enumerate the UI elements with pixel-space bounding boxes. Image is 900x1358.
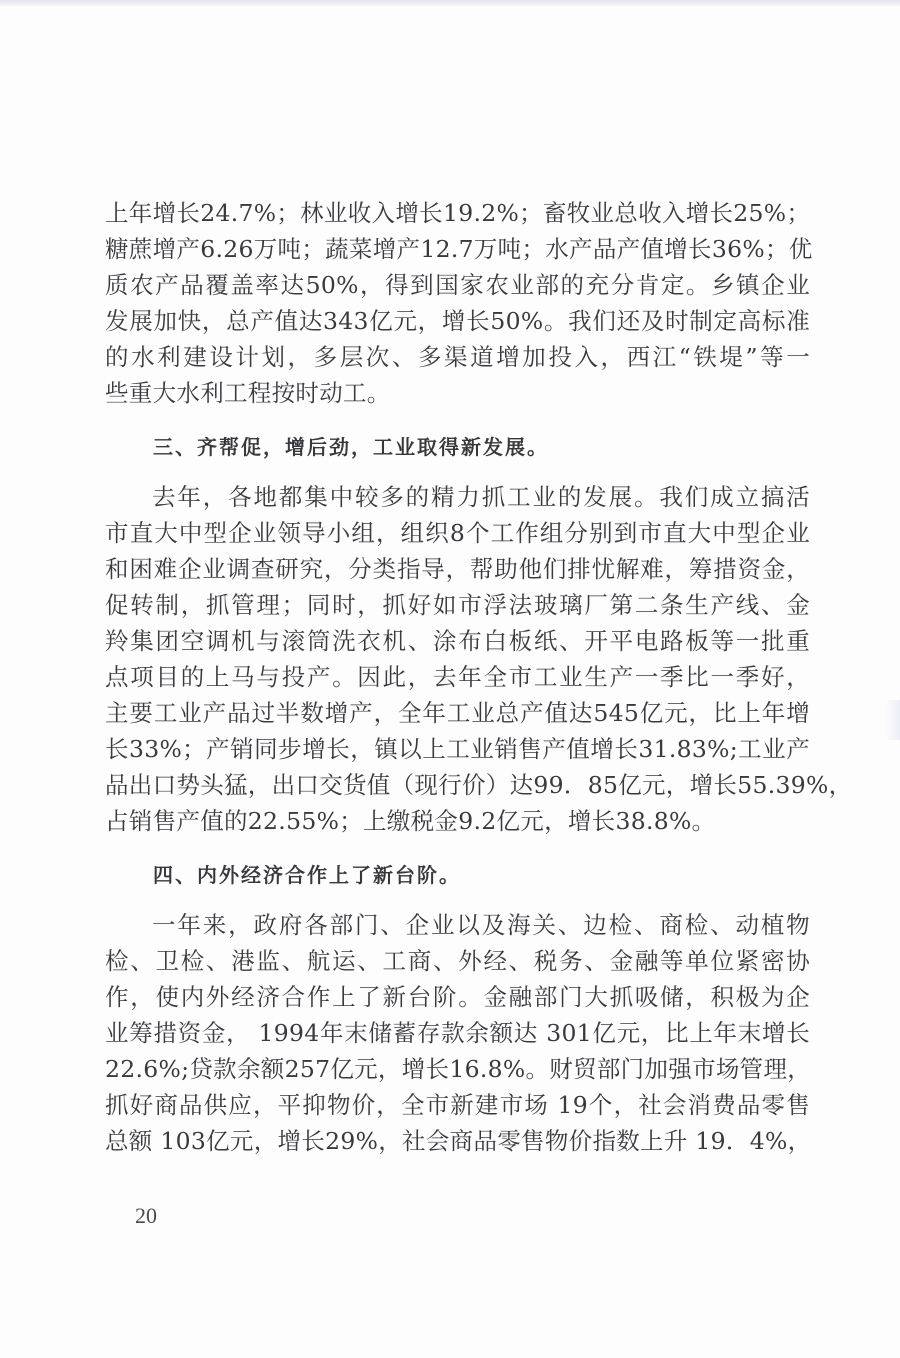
section-heading-economic-cooperation: 四、内外经济合作上了新台阶。 (105, 857, 810, 893)
text-line: 发展加快，总产值达343亿元，增长50%。我们还及时制定高标准 (105, 303, 810, 339)
paragraph-economic-cooperation: 一年来，政府各部门、企业以及海关、边检、商检、动植物 检、卫检、港监、航运、工商… (105, 907, 810, 1159)
spacer (105, 411, 810, 429)
text-line: 市直大中型企业领导小组，组织8个工作组分别到市直大中型企业 (105, 515, 810, 551)
scan-edge-bleed (886, 700, 900, 740)
paragraph-agriculture-continued: 上年增长24.7%；林业收入增长19.2%；畜牧业总收入增长25%； 糖蔗增产6… (105, 195, 810, 411)
text-line: 品出口势头猛，出口交货值（现行价）达99．85亿元，增长55.39%， (105, 767, 810, 803)
text-line: 和困难企业调查研究，分类指导，帮助他们排忧解难，筹措资金， (105, 551, 810, 587)
scan-top-edge (0, 0, 900, 6)
text-line: 22.6%;贷款余额257亿元，增长16.8%。财贸部门加强市场管理， (105, 1051, 810, 1087)
spacer (105, 893, 810, 907)
text-line: 作，使内外经济合作上了新台阶。金融部门大抓吸储，积极为企 (105, 979, 810, 1015)
page-number: 20 (135, 1203, 157, 1229)
section-heading-industry: 三、齐帮促，增后劲，工业取得新发展。 (105, 429, 810, 465)
text-line: 质农产品覆盖率达50%，得到国家农业部的充分肯定。乡镇企业 (105, 267, 810, 303)
text-line: 上年增长24.7%；林业收入增长19.2%；畜牧业总收入增长25%； (105, 195, 810, 231)
text-line: 点项目的上马与投产。因此，去年全市工业生产一季比一季好， (105, 659, 810, 695)
text-line: 一年来，政府各部门、企业以及海关、边检、商检、动植物 (105, 907, 810, 943)
spacer (105, 465, 810, 479)
text-line: 占销售产值的22.55%；上缴税金9.2亿元，增长38.8%。 (105, 803, 810, 839)
text-line: 羚集团空调机与滚筒洗衣机、涂布白板纸、开平电路板等一批重 (105, 623, 810, 659)
text-line: 的水利建设计划，多层次、多渠道增加投入，西江“铁堤”等一 (105, 339, 810, 375)
text-line: 去年，各地都集中较多的精力抓工业的发展。我们成立搞活 (105, 479, 810, 515)
text-line: 促转制，抓管理；同时，抓好如市浮法玻璃厂第二条生产线、金 (105, 587, 810, 623)
text-line: 些重大水利工程按时动工。 (105, 375, 810, 411)
text-line: 总额 103亿元，增长29%，社会商品零售物价指数上升 19．4%， (105, 1123, 810, 1159)
spacer (105, 839, 810, 857)
text-line: 主要工业产品过半数增产，全年工业总产值达545亿元，比上年增 (105, 695, 810, 731)
text-line: 糖蔗增产6.26万吨；蔬菜增产12.7万吨；水产品产值增长36%；优 (105, 231, 810, 267)
text-line: 长33%；产销同步增长，镇以上工业销售产值增长31.83%;工业产 (105, 731, 810, 767)
text-line: 抓好商品供应，平抑物价，全市新建市场 19个，社会消费品零售 (105, 1087, 810, 1123)
text-line: 检、卫检、港监、航运、工商、外经、税务、金融等单位紧密协 (105, 943, 810, 979)
document-page: 上年增长24.7%；林业收入增长19.2%；畜牧业总收入增长25%； 糖蔗增产6… (105, 195, 810, 1159)
text-line: 业筹措资金， 1994年末储蓄存款余额达 301亿元，比上年末增长 (105, 1015, 810, 1051)
paragraph-industry: 去年，各地都集中较多的精力抓工业的发展。我们成立搞活 市直大中型企业领导小组，组… (105, 479, 810, 839)
